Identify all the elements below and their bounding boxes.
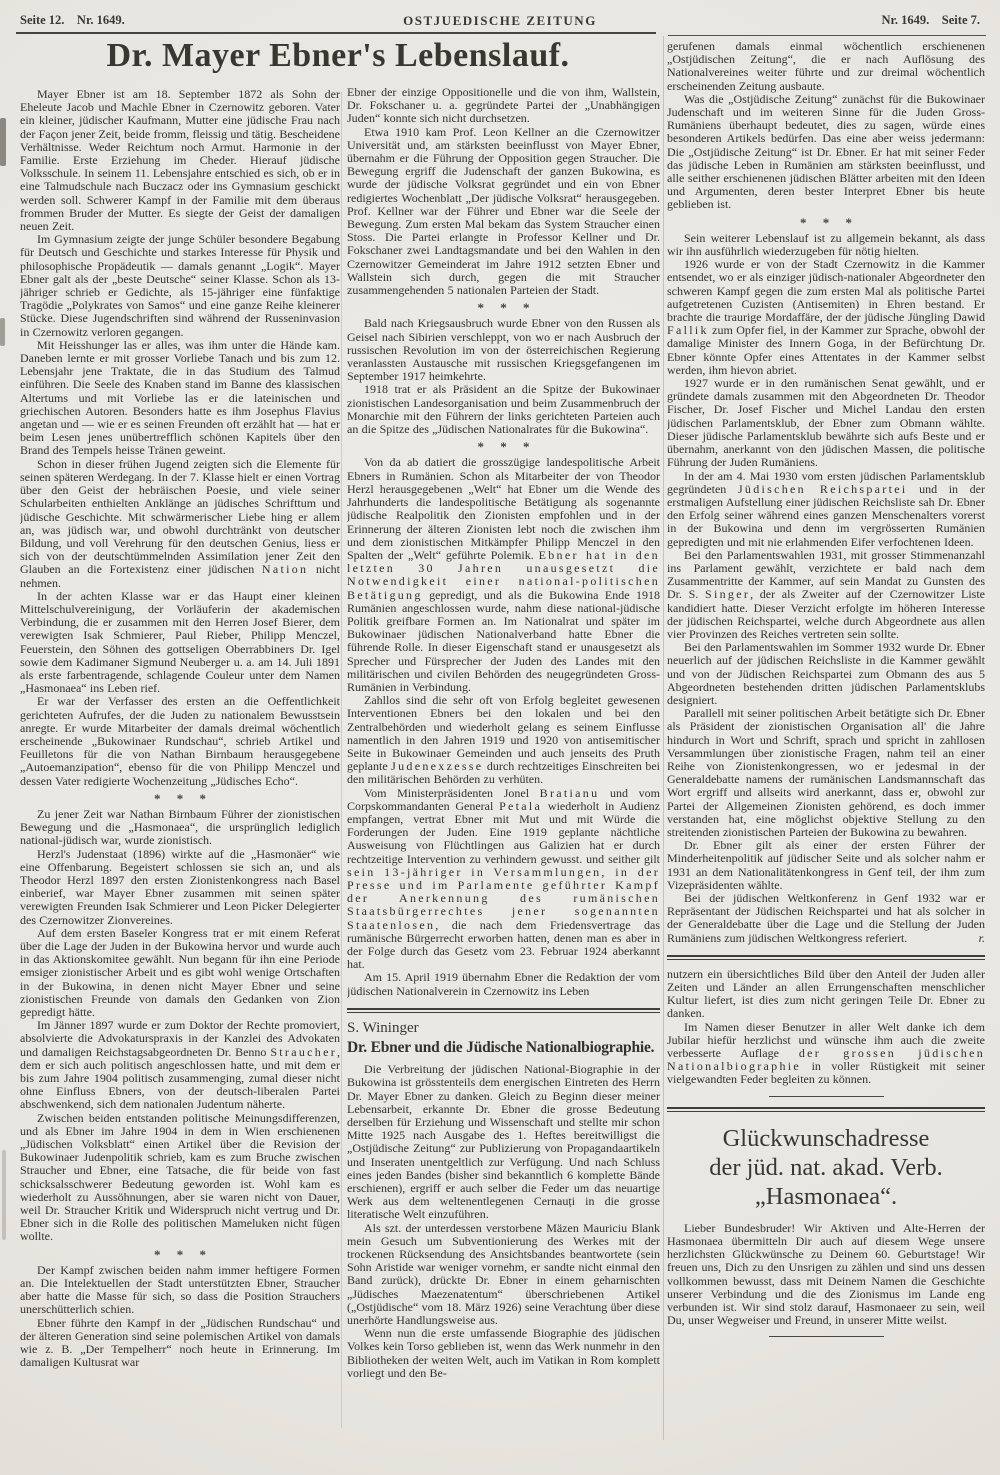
scan-artifact	[2, 1150, 6, 1240]
article-big-heading: Glückwunschadresseder jüd. nat. akad. Ve…	[667, 1124, 985, 1212]
paragraph: Als szt. der unterdessen verstorbene Mäz…	[347, 1222, 660, 1328]
paragraph: 1927 wurde er in den rumänischen Senat g…	[667, 377, 985, 469]
paragraph: 1926 wurde er von der Stadt Czernowitz i…	[667, 258, 985, 377]
paragraph: Er war der Verfasser des ersten an die O…	[20, 695, 340, 787]
newspaper-masthead: OSTJUEDISCHE ZEITUNG	[0, 13, 1000, 29]
paragraph: Schon in dieser frühen Jugend zeigten si…	[20, 458, 340, 590]
paragraph: Dr. Ebner gilt als einer der ersten Führ…	[667, 839, 985, 892]
newspaper-page: Seite 12. Nr. 1649. OSTJUEDISCHE ZEITUNG…	[0, 0, 1000, 1475]
paragraph: gerufenen damals einmal wöchentlich ersc…	[667, 40, 985, 93]
short-rule	[769, 1336, 884, 1337]
column-right: gerufenen damals einmal wöchentlich ersc…	[667, 40, 985, 1470]
paragraph: Von da ab datiert die grosszügige landes…	[347, 456, 660, 694]
header-rule-left	[16, 32, 656, 34]
paragraph: Mayer Ebner ist am 18. September 1872 al…	[20, 88, 340, 233]
paragraph: Lieber Bundesbruder! Wir Aktiven und Alt…	[667, 1222, 985, 1328]
paragraph: Im Gymnasium zeigte der junge Schüler be…	[20, 233, 340, 339]
paragraph: Ebner der einzige Oppositionelle und die…	[347, 86, 660, 126]
article-headline: Dr. Mayer Ebner's Lebenslauf.	[18, 37, 658, 75]
paragraph: Vom Ministerpräsidenten Jonel Bratianu u…	[347, 787, 660, 972]
paragraph: Bei der jüdischen Weltkonferenz in Genf …	[667, 892, 985, 945]
section-separator: * * *	[347, 440, 660, 453]
paragraph: Zu jener Zeit war Nathan Birnbaum Führer…	[20, 808, 340, 848]
double-rule	[667, 955, 985, 960]
paragraph: Die Verbreitung der jüdischen National-B…	[347, 1063, 660, 1221]
section-separator: * * *	[20, 792, 340, 805]
double-rule	[347, 1008, 660, 1013]
paragraph: Im Jänner 1897 wurde er zum Doktor der R…	[20, 1019, 340, 1111]
column-left: Mayer Ebner ist am 18. September 1872 al…	[20, 88, 340, 1448]
paragraph: Etwa 1910 kam Prof. Leon Kellner an die …	[347, 126, 660, 298]
short-rule	[769, 1096, 884, 1097]
paragraph: Herzl's Judenstaat (1896) wirkte auf die…	[20, 848, 340, 927]
paragraph: In der am 4. Mai 1930 vom ersten jüdisch…	[667, 470, 985, 549]
paragraph: Bei den Parlamentswahlen im Sommer 1932 …	[667, 641, 985, 707]
paragraph: Wenn nun die erste umfassende Biographie…	[347, 1327, 660, 1380]
scan-artifact	[0, 318, 5, 346]
paragraph: Im Namen dieser Benutzer in aller Welt d…	[667, 1021, 985, 1087]
paragraph: Was die „Ostjüdische Zeitung“ zunächst f…	[667, 93, 985, 212]
author-initial: r.	[954, 932, 985, 945]
paragraph: Mit Heisshunger las er alles, was ihm un…	[20, 339, 340, 458]
column-divider-left	[341, 92, 342, 1428]
paragraph: Ebner führte den Kampf in der „Jüdischen…	[20, 1317, 340, 1370]
paragraph: Am 15. April 1919 übernahm Ebner die Red…	[347, 971, 660, 997]
paragraph: Bei den Parlamentswahlen 1931, mit gross…	[667, 549, 985, 641]
article-byline: S. Wininger	[347, 1022, 660, 1035]
paragraph: nutzern ein übersichtliches Bild über de…	[667, 968, 985, 1021]
double-rule	[667, 1107, 985, 1112]
column-middle: Ebner der einzige Oppositionelle und die…	[347, 86, 660, 1470]
article-heading: Dr. Ebner und die Jüdische Nationalbiogr…	[347, 1041, 660, 1054]
paragraph: Der Kampf zwischen beiden nahm immer hef…	[20, 1264, 340, 1317]
column-divider-right	[663, 36, 664, 1440]
paragraph: Sein weiterer Lebenslauf ist zu allgemei…	[667, 232, 985, 258]
paragraph: Zahllos sind die sehr oft von Erfolg beg…	[347, 694, 660, 786]
section-separator: * * *	[347, 301, 660, 314]
paragraph: Parallell mit seiner politischen Arbeit …	[667, 707, 985, 839]
header-rule-right	[668, 35, 986, 36]
section-separator: * * *	[20, 1248, 340, 1261]
paragraph: 1918 trat er als Präsident an die Spitze…	[347, 383, 660, 436]
scan-artifact	[0, 118, 6, 166]
page-number-right: Nr. 1649. Seite 7.	[882, 13, 981, 28]
paragraph: In der achten Klasse war er das Haupt ei…	[20, 590, 340, 696]
section-separator: * * *	[667, 216, 985, 229]
paragraph: Zwischen beiden entstanden politische Me…	[20, 1112, 340, 1244]
paragraph: Auf dem ersten Baseler Kongress trat er …	[20, 927, 340, 1019]
paragraph: Bald nach Kriegsausbruch wurde Ebner von…	[347, 317, 660, 383]
